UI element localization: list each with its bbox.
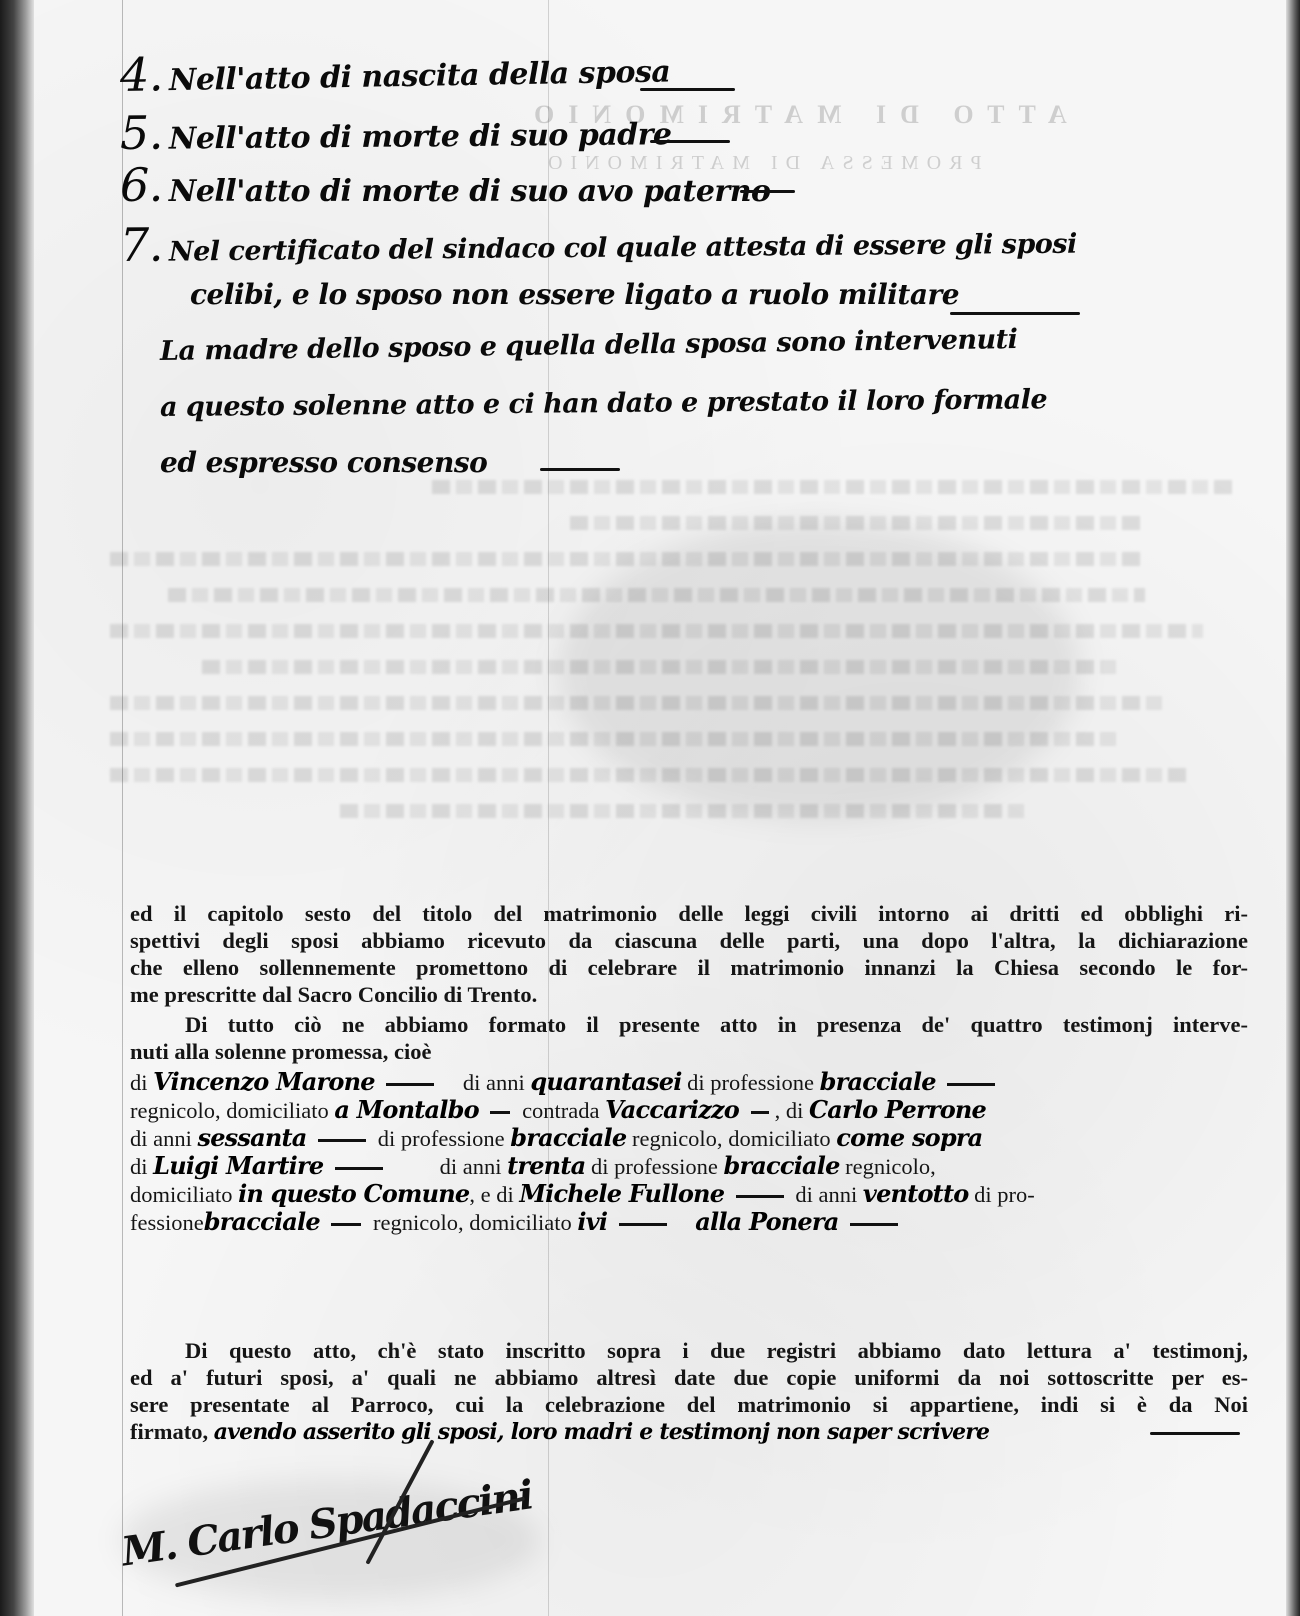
fill-dash bbox=[540, 468, 620, 471]
witness-4-name: Michele Fullone bbox=[519, 1179, 724, 1208]
witness-1-age: quarantasei bbox=[530, 1067, 681, 1096]
witness-line-2: regnicolo, domiciliato a Montalbo contra… bbox=[130, 1096, 1248, 1124]
witness-3-name: Luigi Martire bbox=[153, 1151, 323, 1180]
witness-4-profession: bracciale bbox=[204, 1207, 320, 1236]
fill-dash bbox=[740, 190, 795, 193]
witness-1-street: Vaccarizzo bbox=[605, 1095, 739, 1124]
witness-line-1: di Vincenzo Marone di anni quarantasei d… bbox=[130, 1068, 1248, 1096]
page-edge-shadow bbox=[1286, 0, 1300, 1616]
printed-paragraph: Di questo atto, ch'è stato inscritto sop… bbox=[130, 1337, 1248, 1446]
handwritten-note: celibi, e lo sposo non essere ligato a r… bbox=[190, 278, 959, 311]
closing-line: firmato, avendo asserito gli sposi, loro… bbox=[130, 1418, 1248, 1446]
witness-4-domicile: ivi bbox=[577, 1207, 607, 1236]
witness-2-name: Carlo Perrone bbox=[809, 1095, 986, 1124]
witness-1-name: Vincenzo Marone bbox=[153, 1067, 375, 1096]
handwritten-note: 5.Nell'atto di morte di suo padre bbox=[120, 101, 672, 160]
handwritten-note: 6.Nell'atto di morte di suo avo paterno bbox=[120, 158, 771, 212]
witness-2-age: sessanta bbox=[198, 1123, 307, 1152]
handwritten-note: 4.Nell'atto di nascita della sposa bbox=[120, 38, 671, 102]
witness-line-4: di Luigi Martire di anni trenta di profe… bbox=[130, 1152, 1248, 1180]
document-page: ATTO DI MATRIMONIO PROMESSA DI MATRIMONI… bbox=[0, 0, 1300, 1616]
printed-paragraph: ed il capitolo sesto del titolo del matr… bbox=[130, 900, 1248, 1008]
printed-paragraph: Di tutto ciò ne abbiamo formato il prese… bbox=[130, 1011, 1248, 1065]
witness-line-3: di anni sessanta di professione braccial… bbox=[130, 1124, 1248, 1152]
fill-dash bbox=[640, 88, 735, 91]
fill-dash bbox=[950, 312, 1080, 315]
book-binding-shadow bbox=[0, 0, 34, 1616]
handwritten-note: 7.Nel certificato del sindaco col quale … bbox=[120, 210, 1077, 272]
witness-4-street: alla Ponera bbox=[695, 1207, 838, 1236]
witness-1-profession: bracciale bbox=[820, 1067, 936, 1096]
witness-3-age: trenta bbox=[507, 1151, 585, 1180]
witness-4-age: ventotto bbox=[863, 1179, 969, 1208]
witness-2-profession: bracciale bbox=[510, 1123, 626, 1152]
witness-3-domicile: in questo Comune bbox=[238, 1179, 469, 1208]
handwritten-note: ed espresso consenso bbox=[160, 446, 487, 479]
witness-line-5: domiciliato in questo Comune, e di Miche… bbox=[130, 1180, 1248, 1208]
witness-3-profession: bracciale bbox=[723, 1151, 839, 1180]
witness-2-domicile: come sopra bbox=[836, 1123, 982, 1152]
witness-line-6: fessionebracciale regnicolo, domiciliato… bbox=[130, 1208, 1248, 1236]
fill-dash bbox=[1150, 1432, 1240, 1435]
witness-1-domicile: a Montalbo bbox=[334, 1095, 478, 1124]
ink-smudge bbox=[560, 520, 1080, 820]
fill-dash bbox=[650, 140, 730, 143]
handwritten-note: a questo solenne atto e ci han dato e pr… bbox=[160, 384, 1047, 423]
witnesses-block: di Vincenzo Marone di anni quarantasei d… bbox=[130, 1068, 1248, 1236]
handwritten-note: La madre dello sposo e quella della spos… bbox=[160, 324, 1018, 367]
closing-handwritten: avendo asserito gli sposi, loro madri e … bbox=[214, 1419, 990, 1445]
